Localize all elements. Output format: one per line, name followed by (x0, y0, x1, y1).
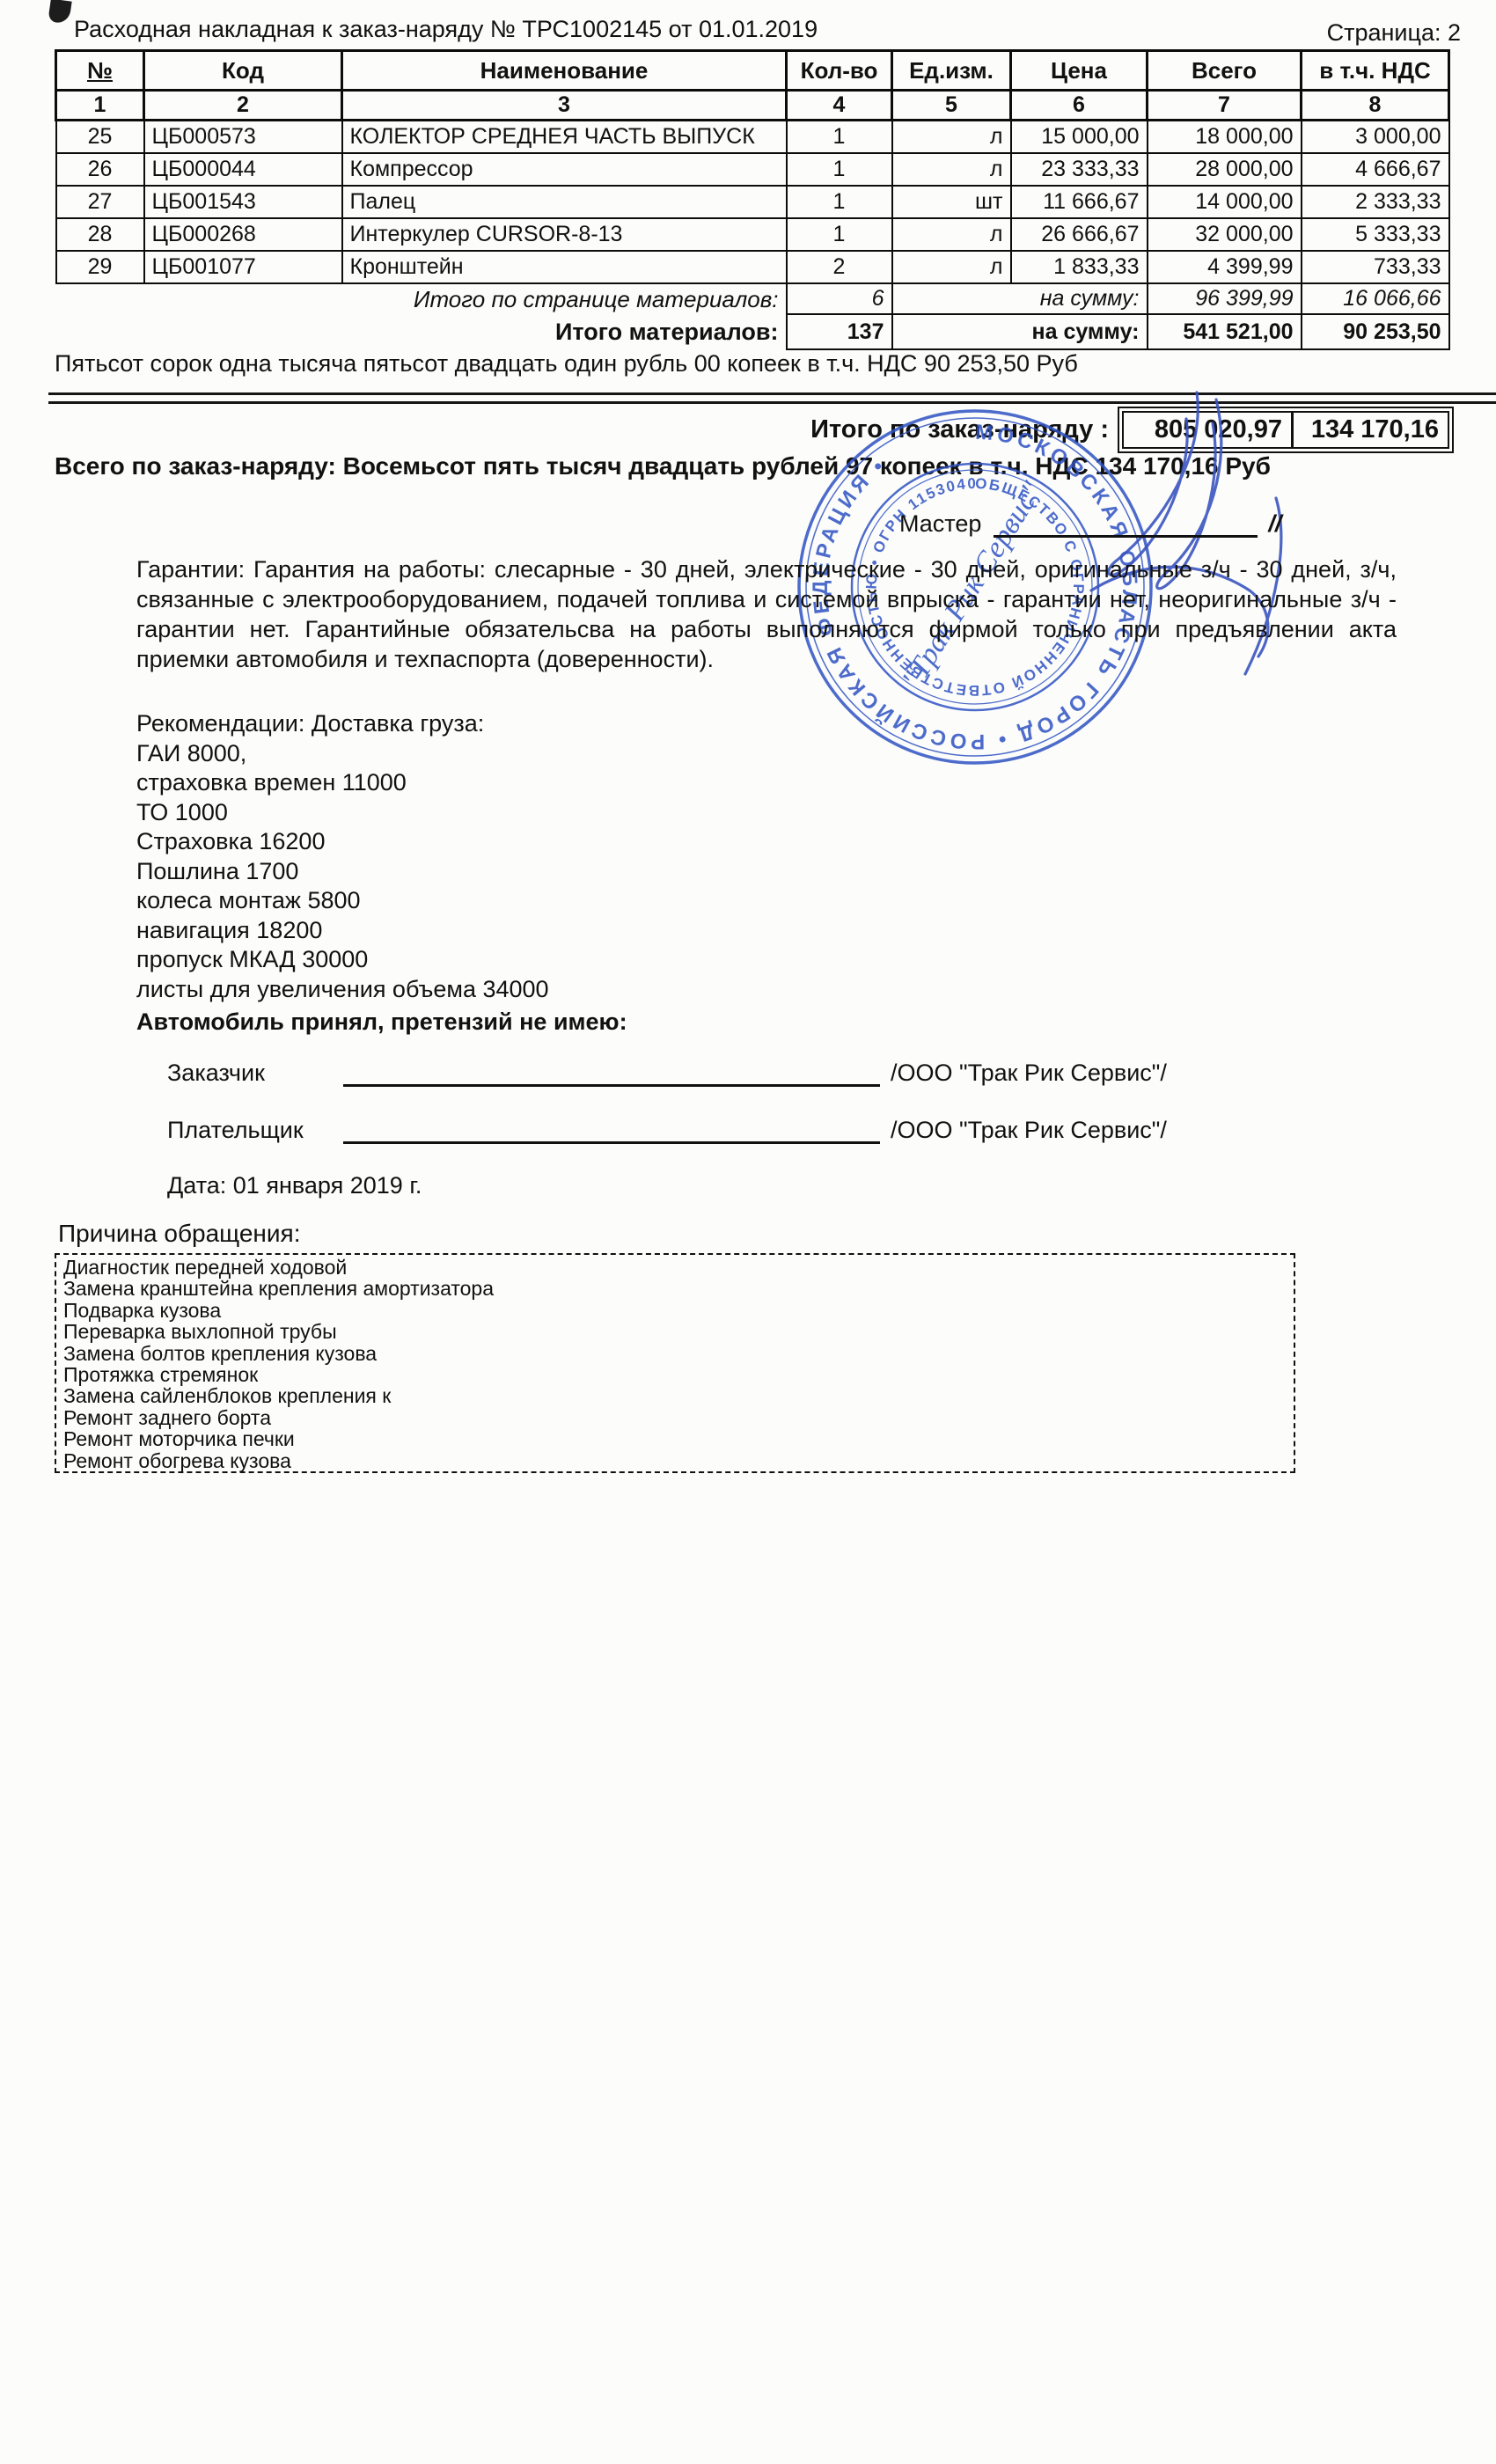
reason-item: Диагностик передней ходовой (63, 1257, 1287, 1278)
reason-item: Протяжка стремянок (63, 1364, 1287, 1385)
reason-item: Ремонт моторчика печки (63, 1428, 1287, 1449)
row-name: Палец (342, 186, 787, 218)
row-unit: л (892, 218, 1011, 251)
row-unit: л (892, 121, 1011, 154)
row-total: 18 000,00 (1148, 121, 1302, 154)
row-code: ЦБ001543 (144, 186, 342, 218)
page-total-vat: 16 066,66 (1302, 283, 1449, 314)
row-code: ЦБ000044 (144, 153, 342, 186)
reason-item: Переварка выхлопной трубы (63, 1321, 1287, 1342)
recommendation-line: ТО 1000 (136, 798, 549, 828)
row-price: 15 000,00 (1011, 121, 1148, 154)
payer-org: /ООО "Трак Рик Сервис"/ (891, 1117, 1167, 1144)
column-number-row: 1 2 3 4 5 6 7 8 (56, 91, 1449, 121)
recommendation-line: Страховка 16200 (136, 827, 549, 857)
reason-item: Ремонт обогрева кузова (63, 1450, 1287, 1471)
document-title: Расходная накладная к заказ-наряду № ТРС… (74, 16, 818, 43)
payer-signature-line (343, 1113, 880, 1144)
row-vat: 4 666,67 (1302, 153, 1449, 186)
row-price: 26 666,67 (1011, 218, 1148, 251)
date-line: Дата: 01 января 2019 г. (167, 1172, 422, 1199)
grand-total-amount: 541 521,00 (1148, 314, 1302, 349)
table-row: 29 ЦБ001077 Кронштейн 2 л 1 833,33 4 399… (56, 251, 1449, 283)
row-unit: л (892, 153, 1011, 186)
row-code: ЦБ001077 (144, 251, 342, 283)
col-header-code: Код (144, 51, 342, 91)
table-row: 25 ЦБ000573 КОЛЕКТОР СРЕДНЕЯ ЧАСТЬ ВЫПУС… (56, 121, 1449, 154)
row-vat: 5 333,33 (1302, 218, 1449, 251)
col-header-num: № (56, 51, 144, 91)
row-price: 1 833,33 (1011, 251, 1148, 283)
col-header-qty: Кол-во (787, 51, 892, 91)
colnum: 2 (144, 91, 342, 121)
recommendations-block: Рекомендации: Доставка груза: ГАИ 8000, … (136, 709, 549, 1004)
grand-total-label: Итого материалов: (56, 314, 787, 349)
reason-item: Замена сайленблоков крепления к (63, 1385, 1287, 1406)
table-header-row: № Код Наименование Кол-во Ед.изм. Цена В… (56, 51, 1449, 91)
master-suffix: // (1268, 510, 1281, 538)
recommendation-line: Рекомендации: Доставка груза: (136, 709, 549, 739)
row-vat: 3 000,00 (1302, 121, 1449, 154)
reason-item: Замена кранштейна крепления амортизатора (63, 1278, 1287, 1299)
row-price: 11 666,67 (1011, 186, 1148, 218)
grand-total-vat: 90 253,50 (1302, 314, 1449, 349)
recommendation-line: Пошлина 1700 (136, 857, 549, 887)
col-header-vat: в т.ч. НДС (1302, 51, 1449, 91)
row-num: 28 (56, 218, 144, 251)
master-label: Мастер (899, 510, 981, 538)
row-qty: 2 (787, 251, 892, 283)
master-sign-line: Мастер // (899, 509, 1281, 538)
reason-label: Причина обращения: (58, 1220, 300, 1248)
grand-total-sum-label: на сумму: (892, 314, 1148, 349)
reason-item: Замена болтов крепления кузова (63, 1343, 1287, 1364)
colnum: 7 (1148, 91, 1302, 121)
col-header-unit: Ед.изм. (892, 51, 1011, 91)
recommendation-line: ГАИ 8000, (136, 739, 549, 769)
row-vat: 2 333,33 (1302, 186, 1449, 218)
recommendation-line: страховка времен 11000 (136, 768, 549, 798)
reason-item: Подварка кузова (63, 1300, 1287, 1321)
row-total: 14 000,00 (1148, 186, 1302, 218)
table-row: 26 ЦБ000044 Компрессор 1 л 23 333,33 28 … (56, 153, 1449, 186)
row-total: 28 000,00 (1148, 153, 1302, 186)
reason-box: Диагностик передней ходовой Замена кранш… (55, 1253, 1295, 1473)
row-num: 26 (56, 153, 144, 186)
reason-item: Ремонт заднего борта (63, 1407, 1287, 1428)
page-total-sum-label: на сумму: (892, 283, 1148, 314)
row-vat: 733,33 (1302, 251, 1449, 283)
grand-total-row: Итого материалов: 137 на сумму: 541 521,… (56, 314, 1449, 349)
row-name: Кронштейн (342, 251, 787, 283)
table-row: 27 ЦБ001543 Палец 1 шт 11 666,67 14 000,… (56, 186, 1449, 218)
recommendation-line: колеса монтаж 5800 (136, 886, 549, 916)
row-qty: 1 (787, 186, 892, 218)
row-total: 32 000,00 (1148, 218, 1302, 251)
customer-signature-line (343, 1056, 880, 1087)
page-total-label: Итого по странице материалов: (56, 283, 787, 314)
recommendation-line: листы для увеличения объема 34000 (136, 975, 549, 1005)
row-qty: 1 (787, 153, 892, 186)
colnum: 8 (1302, 91, 1449, 121)
row-total: 4 399,99 (1148, 251, 1302, 283)
row-num: 25 (56, 121, 144, 154)
row-unit: л (892, 251, 1011, 283)
grand-total-qty: 137 (787, 314, 892, 349)
row-name: Компрессор (342, 153, 787, 186)
payer-label: Плательщик (167, 1117, 343, 1144)
row-code: ЦБ000268 (144, 218, 342, 251)
row-code: ЦБ000573 (144, 121, 342, 154)
warranty-paragraph: Гарантии: Гарантия на работы: слесарные … (136, 554, 1397, 674)
colnum: 6 (1011, 91, 1148, 121)
page-total-qty: 6 (787, 283, 892, 314)
row-num: 27 (56, 186, 144, 218)
customer-sign-row: Заказчик /ООО "Трак Рик Сервис"/ (167, 1056, 1167, 1087)
payer-sign-row: Плательщик /ООО "Трак Рик Сервис"/ (167, 1113, 1167, 1144)
colnum: 3 (342, 91, 787, 121)
amount-in-words: Пятьсот сорок одна тысяча пятьсот двадца… (55, 350, 1078, 378)
page-total-row: Итого по странице материалов: 6 на сумму… (56, 283, 1449, 314)
row-qty: 1 (787, 218, 892, 251)
row-unit: шт (892, 186, 1011, 218)
colnum: 5 (892, 91, 1011, 121)
page-number: Страница: 2 (1327, 19, 1461, 47)
materials-table: № Код Наименование Кол-во Ед.изм. Цена В… (55, 49, 1450, 350)
colnum: 4 (787, 91, 892, 121)
colnum: 1 (56, 91, 144, 121)
row-qty: 1 (787, 121, 892, 154)
recommendation-line: пропуск МКАД 30000 (136, 945, 549, 975)
col-header-total: Всего (1148, 51, 1302, 91)
page-total-amount: 96 399,99 (1148, 283, 1302, 314)
scan-smudge (48, 0, 71, 25)
row-num: 29 (56, 251, 144, 283)
master-signature-line (994, 509, 1258, 538)
col-header-name: Наименование (342, 51, 787, 91)
table-row: 28 ЦБ000268 Интеркулер CURSOR-8-13 1 л 2… (56, 218, 1449, 251)
row-name: КОЛЕКТОР СРЕДНЕЯ ЧАСТЬ ВЫПУСК (342, 121, 787, 154)
recommendation-line: навигация 18200 (136, 916, 549, 946)
col-header-price: Цена (1011, 51, 1148, 91)
customer-label: Заказчик (167, 1060, 343, 1087)
row-name: Интеркулер CURSOR-8-13 (342, 218, 787, 251)
row-price: 23 333,33 (1011, 153, 1148, 186)
customer-org: /ООО "Трак Рик Сервис"/ (891, 1060, 1167, 1087)
acceptance-title: Автомобиль принял, претензий не имею: (136, 1008, 627, 1036)
